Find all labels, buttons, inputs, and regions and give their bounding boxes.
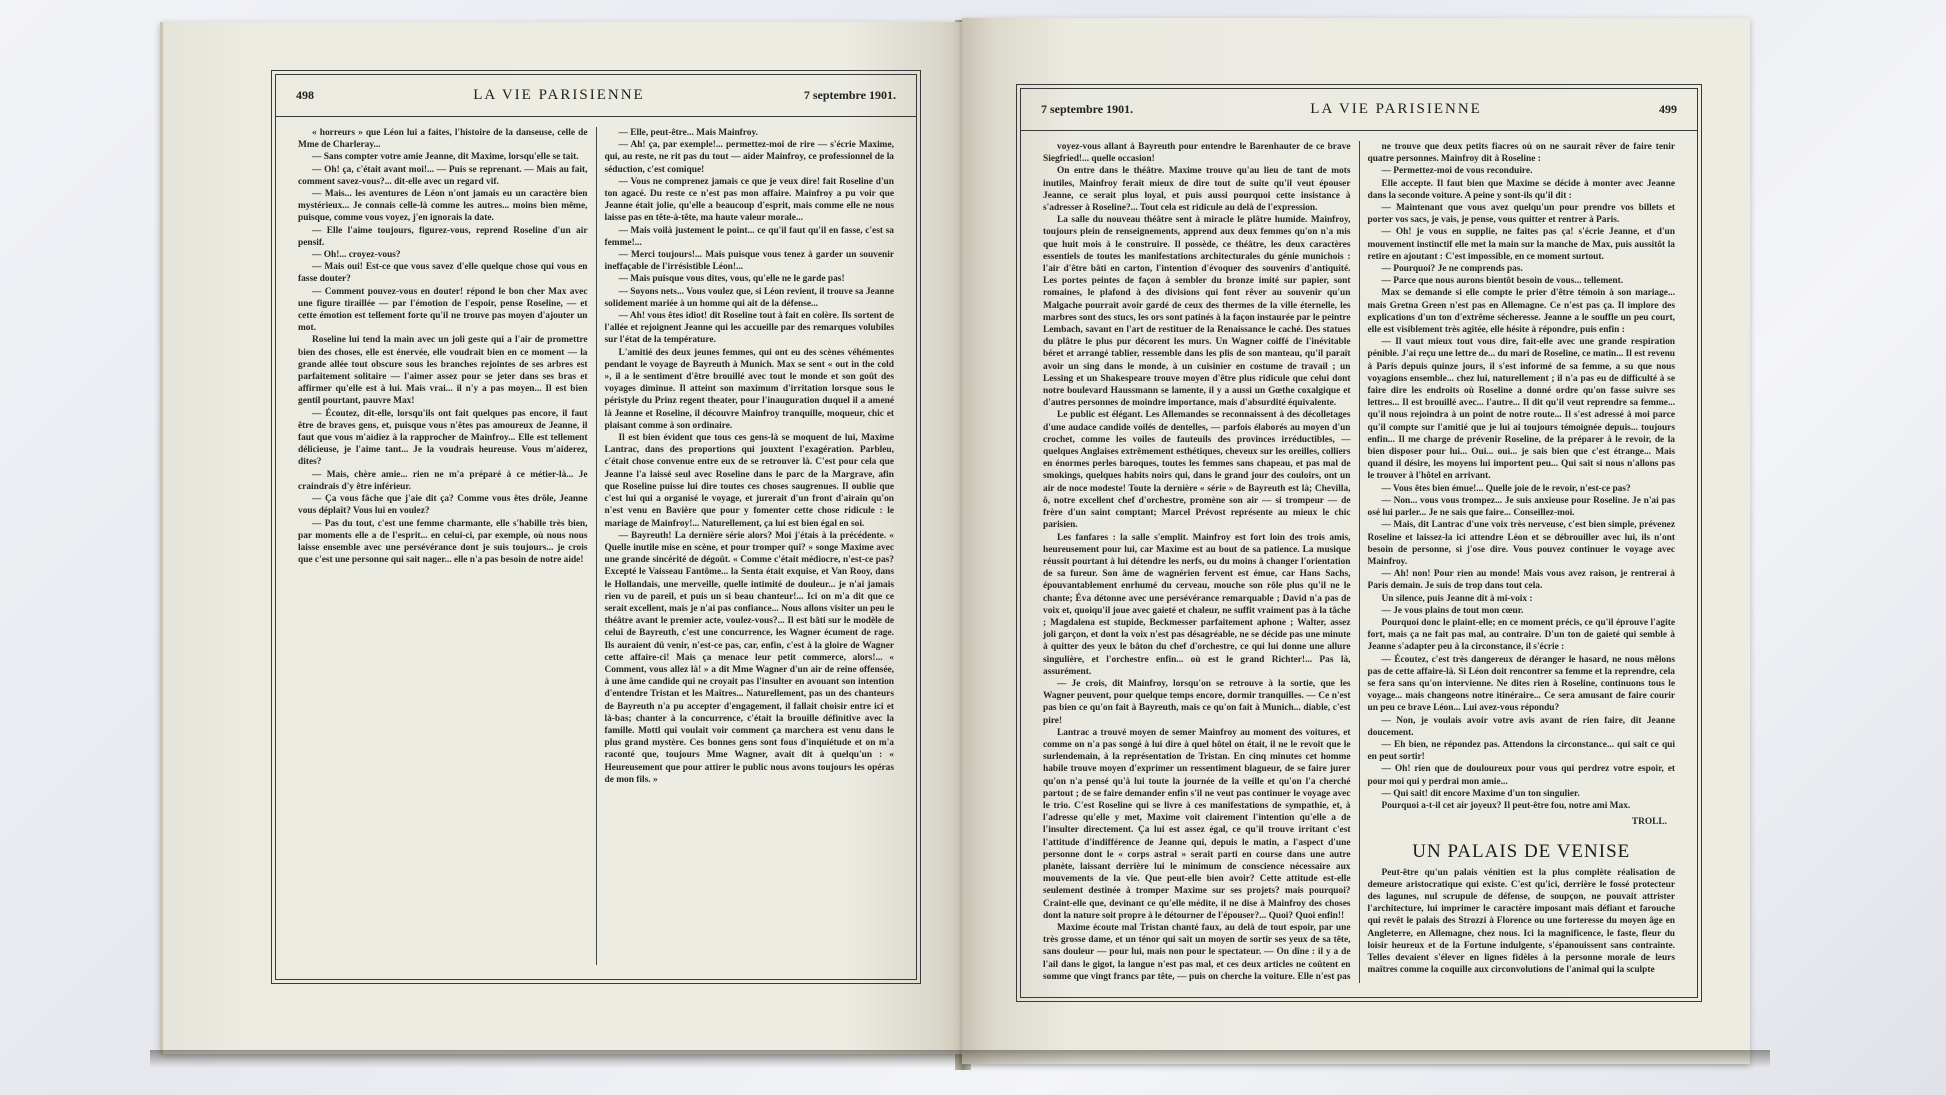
left-page-frame: 498 LA VIE PARISIENNE 7 septembre 1901. … bbox=[275, 74, 917, 980]
paragraph: On entre dans le théâtre. Maxime trouve … bbox=[1043, 165, 1351, 214]
article-title: UN PALAIS DE VENISE bbox=[1368, 846, 1676, 858]
paragraph: — Mais, chère amie... rien ne m'a prépar… bbox=[298, 469, 588, 493]
paragraph: Lantrac a trouvé moyen de semer Mainfroy… bbox=[1043, 727, 1351, 922]
paragraph: — Mais... les aventures de Léon n'ont ja… bbox=[298, 188, 588, 225]
paragraph: — Non, je voulais avoir votre avis avant… bbox=[1368, 715, 1676, 739]
paragraph: — Vous ne comprenez jamais ce que je veu… bbox=[605, 176, 895, 225]
right-column-1: voyez-vous allant à Bayreuth pour entend… bbox=[1035, 141, 1359, 983]
left-running-header: 498 LA VIE PARISIENNE 7 septembre 1901. bbox=[276, 75, 916, 117]
left-column-2: — Elle, peut-être... Mais Mainfroy.— Ah!… bbox=[596, 127, 903, 965]
paragraph: La salle du nouveau théâtre sent à mirac… bbox=[1043, 214, 1351, 409]
paragraph: Roseline lui tend la main avec un joli g… bbox=[298, 334, 588, 407]
page-number: 498 bbox=[296, 88, 314, 103]
right-page: 7 septembre 1901. LA VIE PARISIENNE 499 … bbox=[962, 18, 1750, 1064]
paragraph: Un silence, puis Jeanne dit à mi-voix : bbox=[1368, 593, 1676, 605]
paragraph: « horreurs » que Léon lui a faites, l'hi… bbox=[298, 127, 588, 151]
paragraph: L'amitié des deux jeunes femmes, qui ont… bbox=[605, 347, 895, 432]
running-title: LA VIE PARISIENNE bbox=[473, 87, 645, 104]
paragraph: Pourquoi a-t-il cet air joyeux? Il peut-… bbox=[1368, 800, 1676, 812]
paragraph: — Oh! je vous en supplie, ne faites pas … bbox=[1368, 226, 1676, 263]
paragraph: Le public est élégant. Les Allemandes se… bbox=[1043, 409, 1351, 531]
paragraph: — Non... vous vous trompez... Je suis an… bbox=[1368, 495, 1676, 519]
paragraph: — Vous êtes bien émue!... Quelle joie de… bbox=[1368, 483, 1676, 495]
paragraph: — Merci toujours!... Mais puisque vous t… bbox=[605, 249, 895, 273]
paragraph: — Oh! ça, c'était avant moi!... — Puis s… bbox=[298, 164, 588, 188]
paragraph: Max se demande si elle compte le prier d… bbox=[1368, 287, 1676, 336]
running-title: LA VIE PARISIENNE bbox=[1310, 101, 1482, 118]
paragraph: — Ah! non! Pour rien au monde! Mais vous… bbox=[1368, 568, 1676, 592]
paragraph: Elle accepte. Il faut bien que Maxime se… bbox=[1368, 178, 1676, 202]
left-columns: « horreurs » que Léon lui a faites, l'hi… bbox=[290, 127, 902, 965]
paragraph: — Permettez-moi de vous reconduire. bbox=[1368, 165, 1676, 177]
paragraph: — Mais, dit Lantrac d'une voix très nerv… bbox=[1368, 519, 1676, 568]
paragraph: — Parce que nous aurons bientôt besoin d… bbox=[1368, 275, 1676, 287]
right-running-header: 7 septembre 1901. LA VIE PARISIENNE 499 bbox=[1021, 89, 1697, 131]
left-page: 498 LA VIE PARISIENNE 7 septembre 1901. … bbox=[160, 22, 965, 1054]
paragraph: — Ça vous fâche que j'aie dit ça? Comme … bbox=[298, 493, 588, 517]
paragraph: voyez-vous allant à Bayreuth pour entend… bbox=[1043, 141, 1351, 165]
article-body: Peut-être qu'un palais vénitien est la p… bbox=[1368, 867, 1676, 977]
paragraph: — Oh!... croyez-vous? bbox=[298, 249, 588, 261]
paragraph: — Ah! vous êtes idiot! dit Roseline tout… bbox=[605, 310, 895, 347]
paragraph: — Mais oui! Est-ce que vous savez d'elle… bbox=[298, 261, 588, 285]
right-columns: voyez-vous allant à Bayreuth pour entend… bbox=[1035, 141, 1683, 983]
story-continuation: ne trouve que deux petits fiacres où on … bbox=[1368, 141, 1676, 812]
paragraph: ne trouve que deux petits fiacres où on … bbox=[1368, 141, 1676, 165]
paragraph: Pourquoi donc le plaint-elle; en ce mome… bbox=[1368, 617, 1676, 654]
paragraph: — Ah! ça, par exemple!... permettez-moi … bbox=[605, 139, 895, 176]
issue-date: 7 septembre 1901. bbox=[804, 88, 896, 103]
paragraph: — Je crois, dit Mainfroy, lorsqu'on se r… bbox=[1043, 678, 1351, 727]
paragraph: — Soyons nets... Vous voulez que, si Léo… bbox=[605, 286, 895, 310]
paragraph: — Qui sait! dit encore Maxime d'un ton s… bbox=[1368, 788, 1676, 800]
paragraph: — Pas du tout, c'est une femme charmante… bbox=[298, 518, 588, 567]
page-shadow bbox=[150, 1050, 1770, 1068]
author-signature: TROLL. bbox=[1368, 816, 1668, 828]
paragraph: Il est bien évident que tous ces gens-là… bbox=[605, 432, 895, 530]
right-column-2: ne trouve que deux petits fiacres où on … bbox=[1359, 141, 1684, 983]
paragraph: — Il vaut mieux tout vous dire, fait-ell… bbox=[1368, 336, 1676, 482]
paragraph: — Écoutez, dit-elle, lorsqu'ils ont fait… bbox=[298, 408, 588, 469]
paragraph: — Bayreuth! La dernière série alors? Moi… bbox=[605, 530, 895, 786]
paragraph: Les fanfares : la salle s'emplit. Mainfr… bbox=[1043, 532, 1351, 678]
paragraph: — Elle l'aime toujours, figurez-vous, re… bbox=[298, 225, 588, 249]
page-number: 499 bbox=[1659, 102, 1677, 117]
paragraph: — Comment pouvez-vous en douter! répond … bbox=[298, 286, 588, 335]
left-column-1: « horreurs » que Léon lui a faites, l'hi… bbox=[290, 127, 596, 965]
paragraph: — Eh bien, ne répondez pas. Attendons la… bbox=[1368, 739, 1676, 763]
right-page-frame: 7 septembre 1901. LA VIE PARISIENNE 499 … bbox=[1020, 88, 1698, 998]
paragraph: — Pourquoi? Je ne comprends pas. bbox=[1368, 263, 1676, 275]
paragraph: Maxime écoute mal Tristan chanté faux, a… bbox=[1043, 922, 1351, 983]
paragraph: — Mais voilà justement le point... ce qu… bbox=[605, 225, 895, 249]
paragraph: — Écoutez, c'est très dangereux de déran… bbox=[1368, 654, 1676, 715]
open-magazine-spread: 498 LA VIE PARISIENNE 7 septembre 1901. … bbox=[0, 0, 1946, 1095]
paragraph: — Elle, peut-être... Mais Mainfroy. bbox=[605, 127, 895, 139]
paragraph: — Oh! rien que de douloureux pour vous q… bbox=[1368, 763, 1676, 787]
paragraph: — Maintenant que vous avez quelqu'un pou… bbox=[1368, 202, 1676, 226]
paragraph: — Mais puisque vous dites, vous, qu'elle… bbox=[605, 273, 895, 285]
paragraph: — Je vous plains de tout mon cœur. bbox=[1368, 605, 1676, 617]
paragraph: — Sans compter votre amie Jeanne, dit Ma… bbox=[298, 151, 588, 163]
issue-date: 7 septembre 1901. bbox=[1041, 102, 1133, 117]
